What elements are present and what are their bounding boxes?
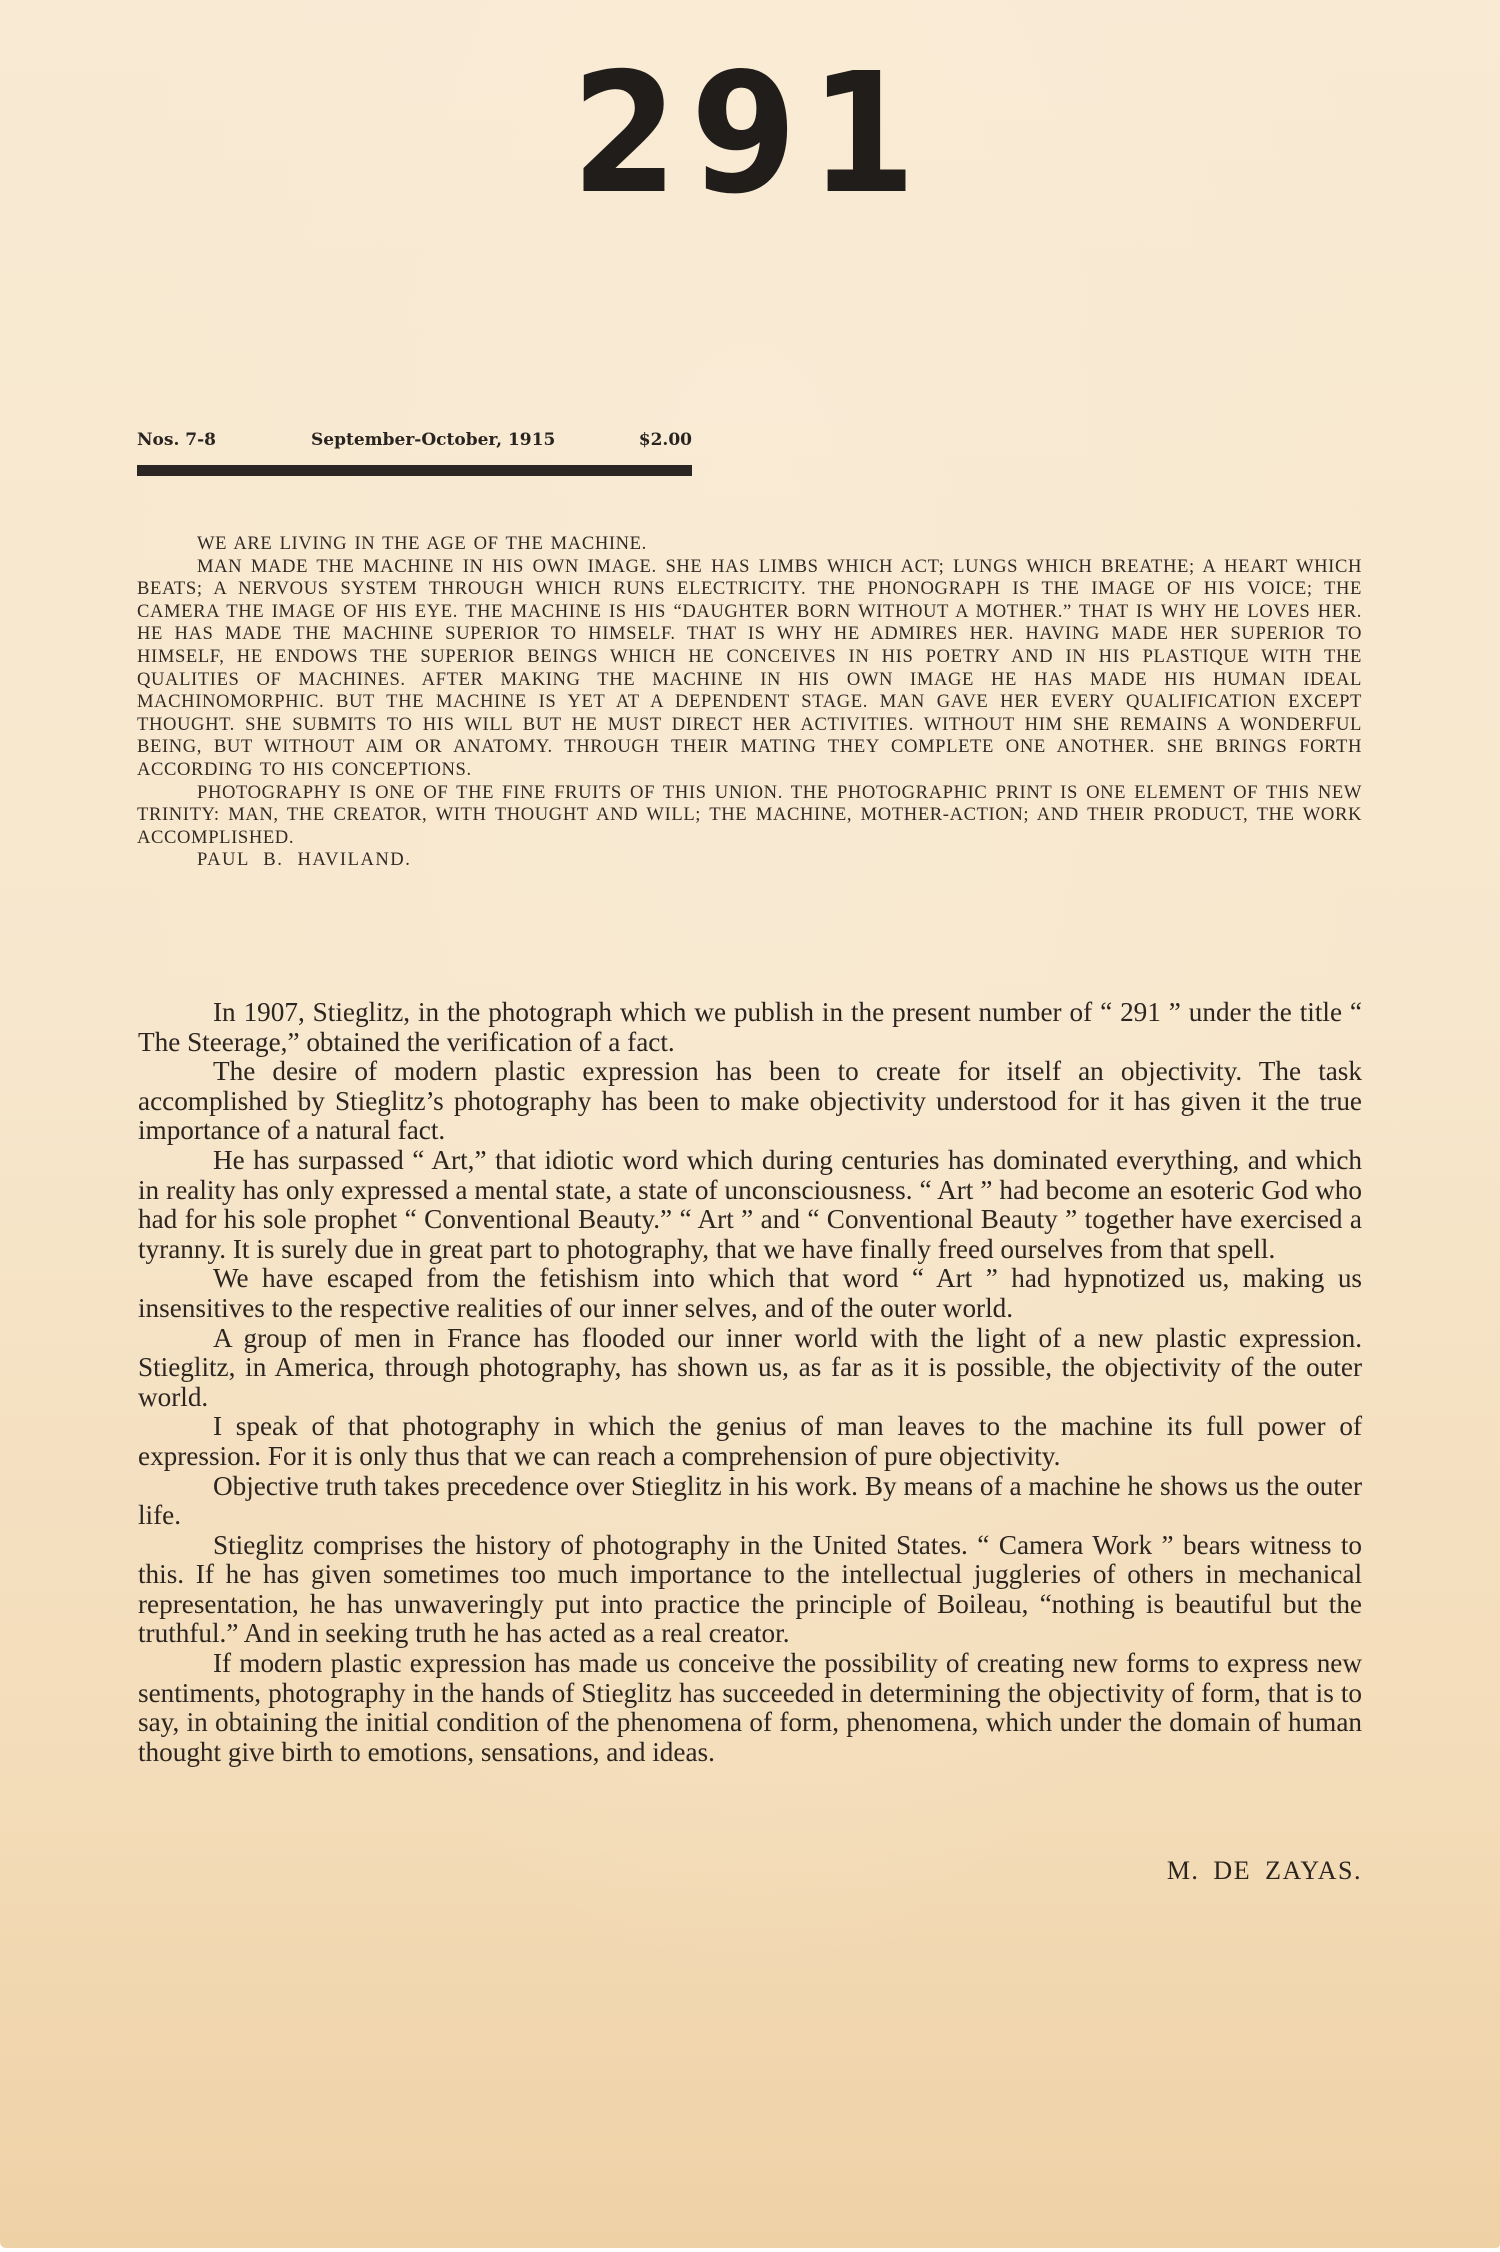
issue-info-line: Nos. 7-8 September-October, 1915 $2.00 xyxy=(137,430,692,458)
haviland-text-block: We are living in the age of the machine.… xyxy=(137,533,1362,872)
haviland-paragraph: Man made the machine in his own image. S… xyxy=(137,556,1362,782)
header-rule xyxy=(137,465,692,476)
essay-paragraph: We have escaped from the fetishism into … xyxy=(138,1264,1362,1323)
essay-paragraph: Stieglitz comprises the history of photo… xyxy=(138,1531,1362,1649)
essay-text-block: In 1907, Stieglitz, in the photograph wh… xyxy=(138,998,1362,1767)
essay-paragraph: In 1907, Stieglitz, in the photograph wh… xyxy=(138,998,1362,1057)
haviland-signature: Paul B. Haviland. xyxy=(137,849,1362,872)
essay-paragraph: If modern plastic expression has made us… xyxy=(138,1649,1362,1767)
issue-price: $2.00 xyxy=(639,430,692,450)
haviland-paragraph: We are living in the age of the machine. xyxy=(137,533,1362,556)
essay-signature: M. DE ZAYAS. xyxy=(1000,1856,1362,1886)
essay-paragraph: A group of men in France has flooded our… xyxy=(138,1324,1362,1413)
essay-paragraph: He has surpassed “ Art,” that idiotic wo… xyxy=(138,1146,1362,1264)
magazine-page: 291 Nos. 7-8 September-October, 1915 $2.… xyxy=(0,0,1500,2248)
masthead-title: 291 xyxy=(60,52,1440,218)
issue-date: September-October, 1915 xyxy=(311,430,555,450)
essay-paragraph: The desire of modern plastic expression … xyxy=(138,1057,1362,1146)
haviland-paragraph: Photography is one of the fine fruits of… xyxy=(137,782,1362,850)
issue-number: Nos. 7-8 xyxy=(137,430,216,450)
essay-paragraph: Objective truth takes precedence over St… xyxy=(138,1472,1362,1531)
essay-paragraph: I speak of that photography in which the… xyxy=(138,1412,1362,1471)
